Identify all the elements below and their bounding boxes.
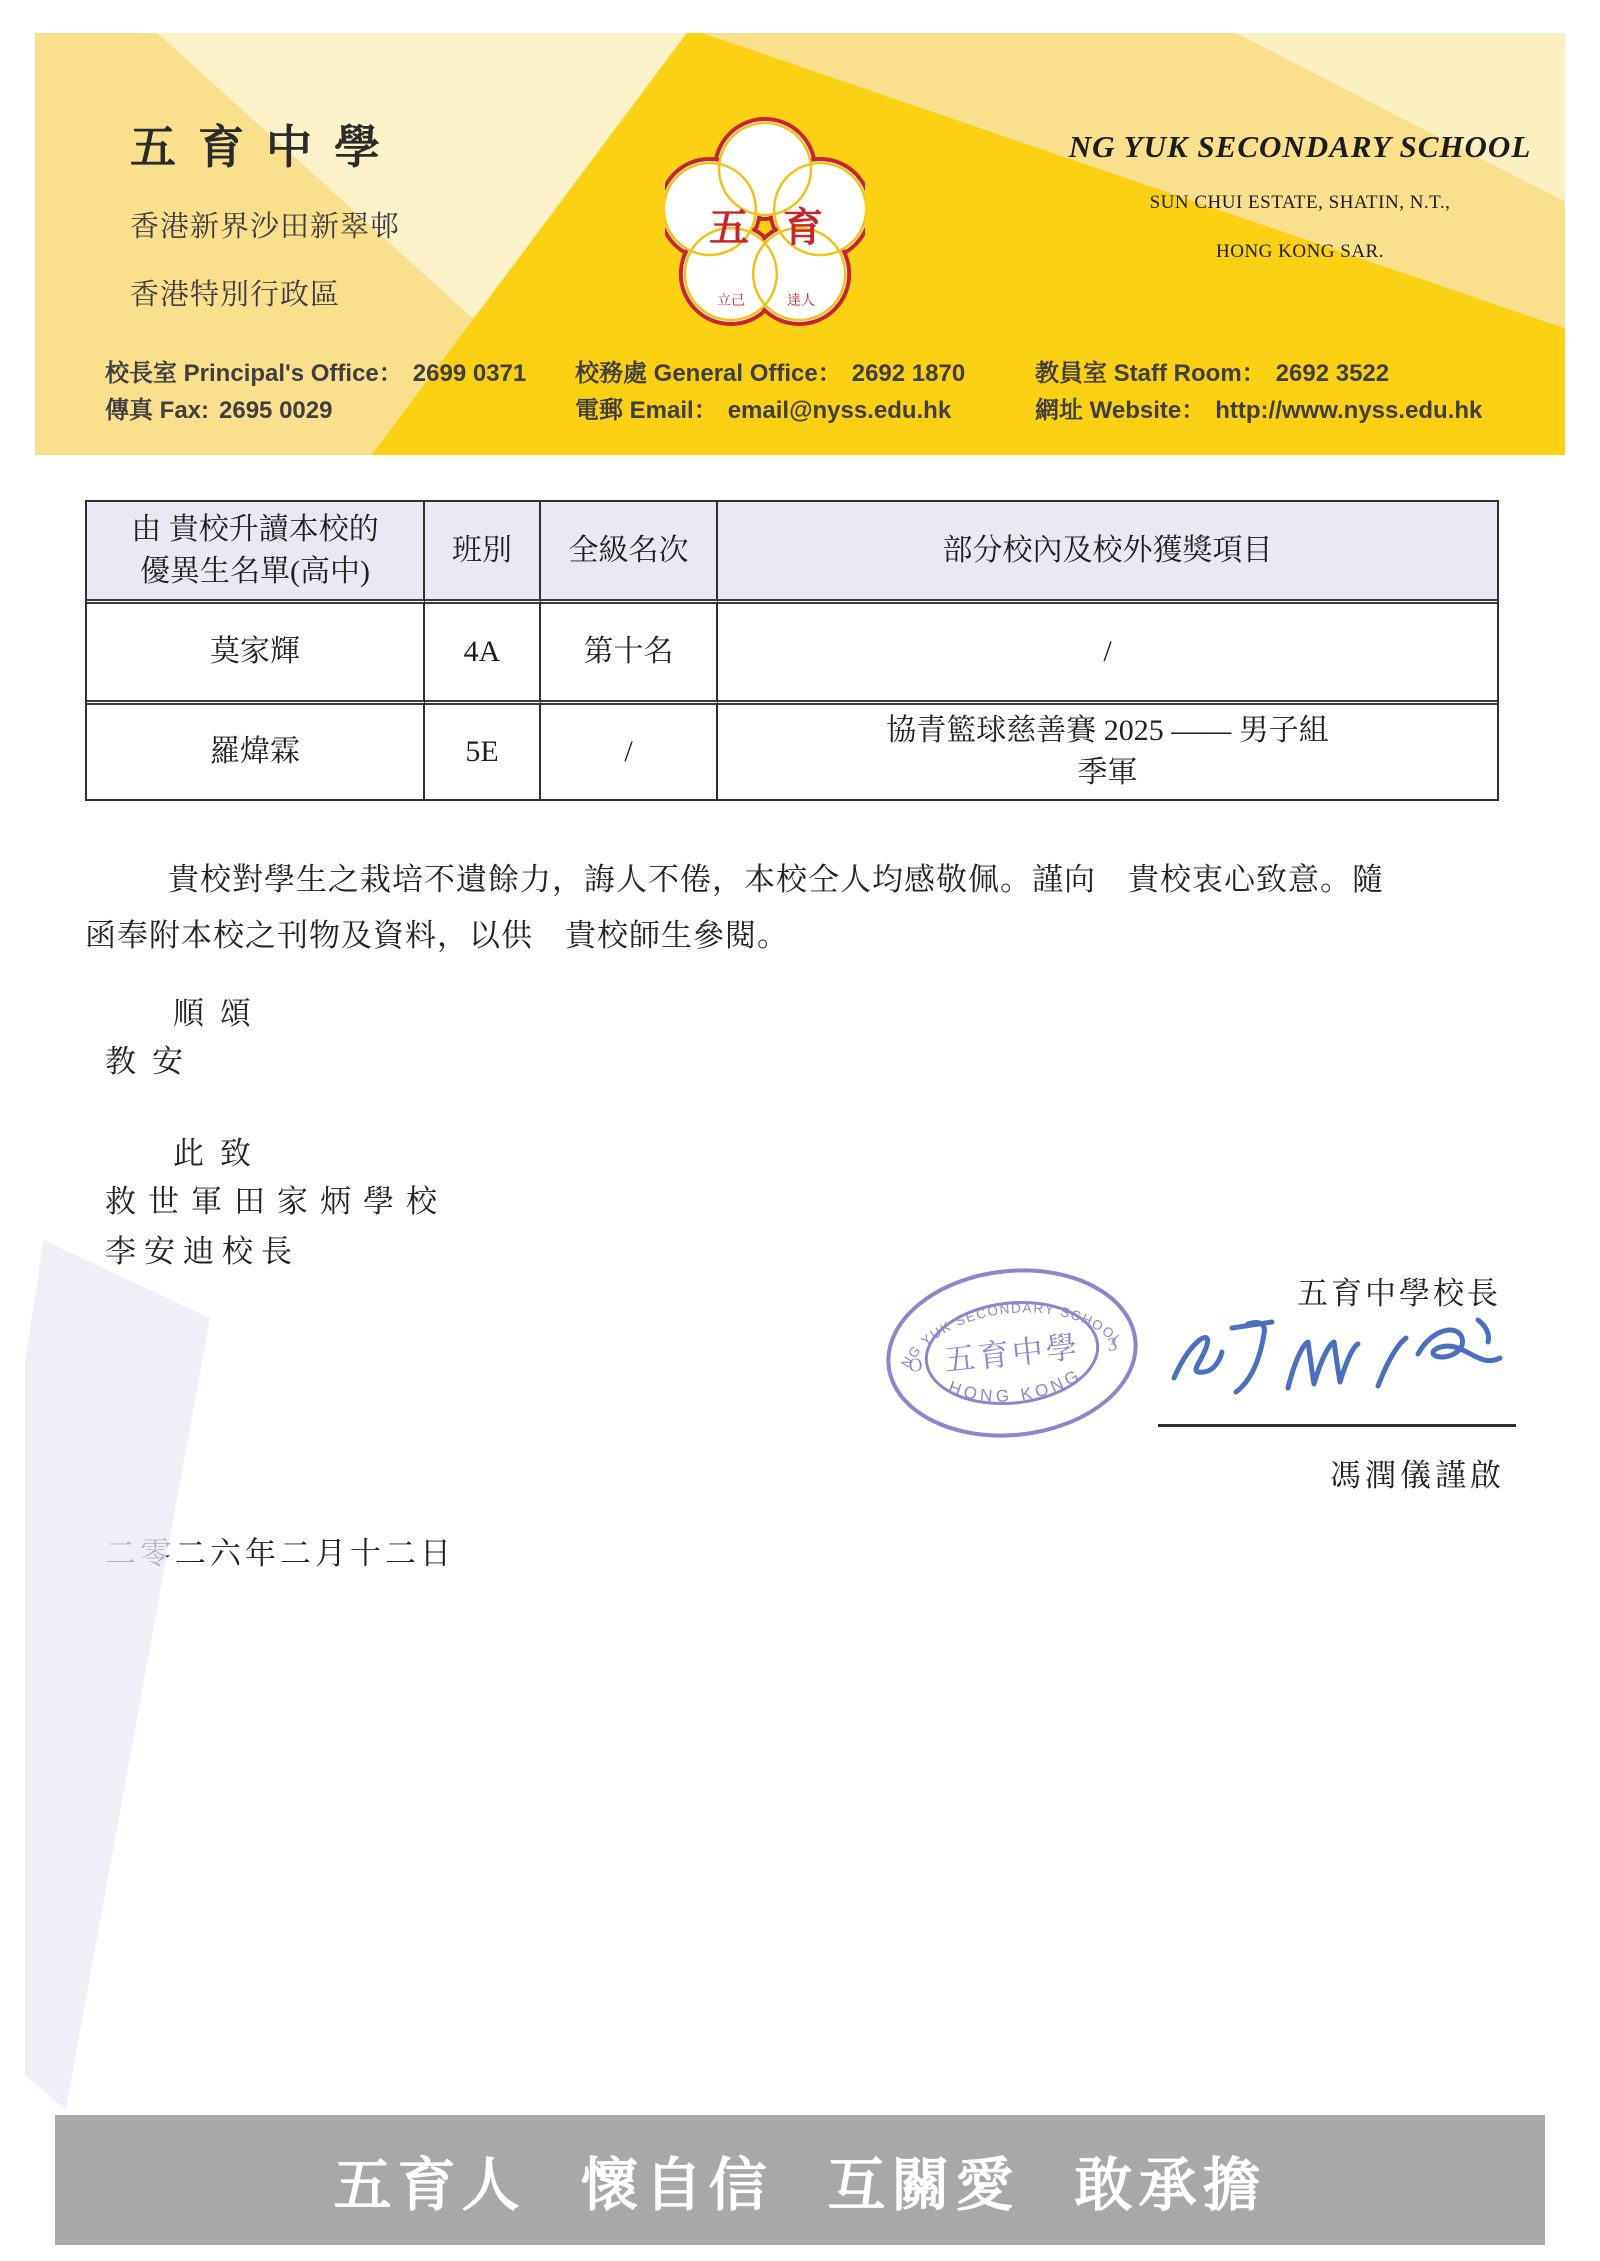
- table-header-name-line1: 由 貴校升讀本校的: [131, 509, 379, 551]
- slogan-part: 敢承擔: [1075, 2138, 1267, 2222]
- table-header-awards: 部分校內及校外獲獎項目: [718, 502, 1497, 599]
- school-name-en: NG YUK SECONDARY SCHOOL: [1045, 129, 1555, 165]
- award-line2: 季軍: [1078, 752, 1138, 794]
- table-row-class: 5E: [425, 700, 541, 799]
- school-name-zh: 五育中學: [130, 111, 402, 177]
- table-header-name-line2: 優異生名單(高中): [140, 551, 370, 593]
- contact-principal-office: 校長室 Principal's Office：2699 0371: [105, 355, 526, 392]
- body-paragraph: 貴校對學生之栽培不遺餘力，誨人不倦，本校仝人均感敬佩。謹向 貴校衷心致意。隨 函…: [85, 852, 1525, 964]
- contact-general-office: 校務處 General Office：2692 1870: [575, 355, 965, 392]
- contact-label: 校長室 Principal's Office：: [105, 360, 403, 387]
- school-stamp: NG YUK SECONDARY SCHOOL HONG KONG 五育中學 O…: [878, 1262, 1146, 1444]
- slogan-part: 五育人: [333, 2138, 525, 2222]
- table-header-class: 班別: [425, 502, 541, 599]
- table-header-name: 由 貴校升讀本校的 優異生名單(高中): [87, 502, 425, 599]
- contact-value: 2695 0029: [219, 397, 332, 424]
- body-line1: 貴校對學生之栽培不遺餘力，誨人不倦，本校仝人均感敬佩。謹向 貴校衷心致意。隨: [85, 852, 1525, 908]
- slogan-part: 互關愛: [828, 2138, 1020, 2222]
- table-row-awards: /: [718, 599, 1497, 700]
- table-header-rank: 全級名次: [541, 502, 718, 599]
- slogan-part: 懷自信: [580, 2138, 772, 2222]
- contact-value: http://www.nyss.edu.hk: [1215, 397, 1482, 424]
- school-name-english-block: NG YUK SECONDARY SCHOOL SUN CHUI ESTATE,…: [1045, 129, 1555, 263]
- principal-signature: [1160, 1298, 1520, 1424]
- letterhead: 五育中學 香港新界沙田新翠邨 香港特別行政區: [35, 33, 1565, 455]
- logo-char-right: 育: [783, 205, 823, 250]
- scan-artifact-shape: [25, 1240, 210, 2110]
- contact-label: 電郵 Email：: [575, 397, 718, 424]
- contact-value: 2692 1870: [852, 360, 965, 387]
- stamp-left-char: O: [908, 1354, 924, 1376]
- contact-staff-room: 教員室 Staff Room：2692 3522: [1035, 355, 1482, 392]
- school-address-zh-line1: 香港新界沙田新翠邨: [130, 204, 402, 245]
- recipient-principal: 李安迪校長: [105, 1226, 300, 1271]
- footer-slogan-band: 五育人 懷自信 互關愛 敢承擔: [55, 2115, 1545, 2245]
- contact-label: 傳真 Fax:: [105, 397, 209, 424]
- signature-line: [1158, 1424, 1516, 1427]
- school-address-en-line2: HONG KONG SAR.: [1045, 241, 1555, 263]
- school-name-chinese-block: 五育中學 香港新界沙田新翠邨 香港特別行政區: [130, 111, 402, 313]
- closing-salute-2: 教安: [105, 1036, 199, 1081]
- school-address-en-line1: SUN CHUI ESTATE, SHATIN, N.T.,: [1045, 192, 1555, 214]
- contact-label: 網址 Website：: [1035, 397, 1205, 424]
- table-row-class: 4A: [425, 599, 541, 700]
- contact-col-general: 校務處 General Office：2692 1870 電郵 Email：em…: [575, 355, 965, 429]
- contact-value: 2692 3522: [1276, 360, 1389, 387]
- body-line2: 函奉附本校之刊物及資料，以供 貴校師生參閱。: [85, 908, 1525, 964]
- closing-salute-1: 順頌: [173, 988, 267, 1033]
- table-row-rank: /: [541, 700, 718, 799]
- contact-email: 電郵 Email：email@nyss.edu.hk: [575, 392, 965, 429]
- logo-motto-left: 立己: [717, 293, 745, 309]
- school-logo: 五 育 立己 達人: [665, 115, 865, 335]
- table-row-name: 羅煒霖: [87, 700, 425, 799]
- table-row-rank: 第十名: [541, 599, 718, 700]
- logo-motto-right: 達人: [787, 292, 815, 309]
- contact-label: 教員室 Staff Room：: [1035, 360, 1266, 387]
- recipient-school: 救世軍田家炳學校: [105, 1176, 449, 1221]
- closing-to-intro: 此致: [173, 1128, 267, 1173]
- contact-col-staff: 教員室 Staff Room：2692 3522 網址 Website：http…: [1035, 355, 1482, 429]
- contact-fax: 傳真 Fax:2695 0029: [105, 392, 526, 429]
- letter-page: 五育中學 香港新界沙田新翠邨 香港特別行政區: [0, 0, 1600, 2261]
- award-line1: 協青籃球慈善賽 2025 —— 男子組: [886, 710, 1329, 752]
- signature-signed-by: 馮潤儀謹啟: [1330, 1450, 1505, 1495]
- school-address-zh-line2: 香港特別行政區: [130, 272, 402, 313]
- table-row-name: 莫家輝: [87, 599, 425, 700]
- contact-website: 網址 Website：http://www.nyss.edu.hk: [1035, 392, 1482, 429]
- contact-value: 2699 0371: [413, 360, 526, 387]
- logo-char-left: 五: [709, 205, 749, 250]
- table-row-awards: 協青籃球慈善賽 2025 —— 男子組 季軍: [718, 700, 1497, 799]
- contact-col-principal: 校長室 Principal's Office：2699 0371 傳真 Fax:…: [105, 355, 526, 429]
- students-table: 由 貴校升讀本校的 優異生名單(高中) 班別 全級名次 部分校內及校外獲獎項目 …: [85, 500, 1499, 801]
- contact-label: 校務處 General Office：: [575, 360, 842, 387]
- contact-value: email@nyss.edu.hk: [728, 397, 952, 424]
- stamp-center-text: 五育中學: [943, 1329, 1082, 1378]
